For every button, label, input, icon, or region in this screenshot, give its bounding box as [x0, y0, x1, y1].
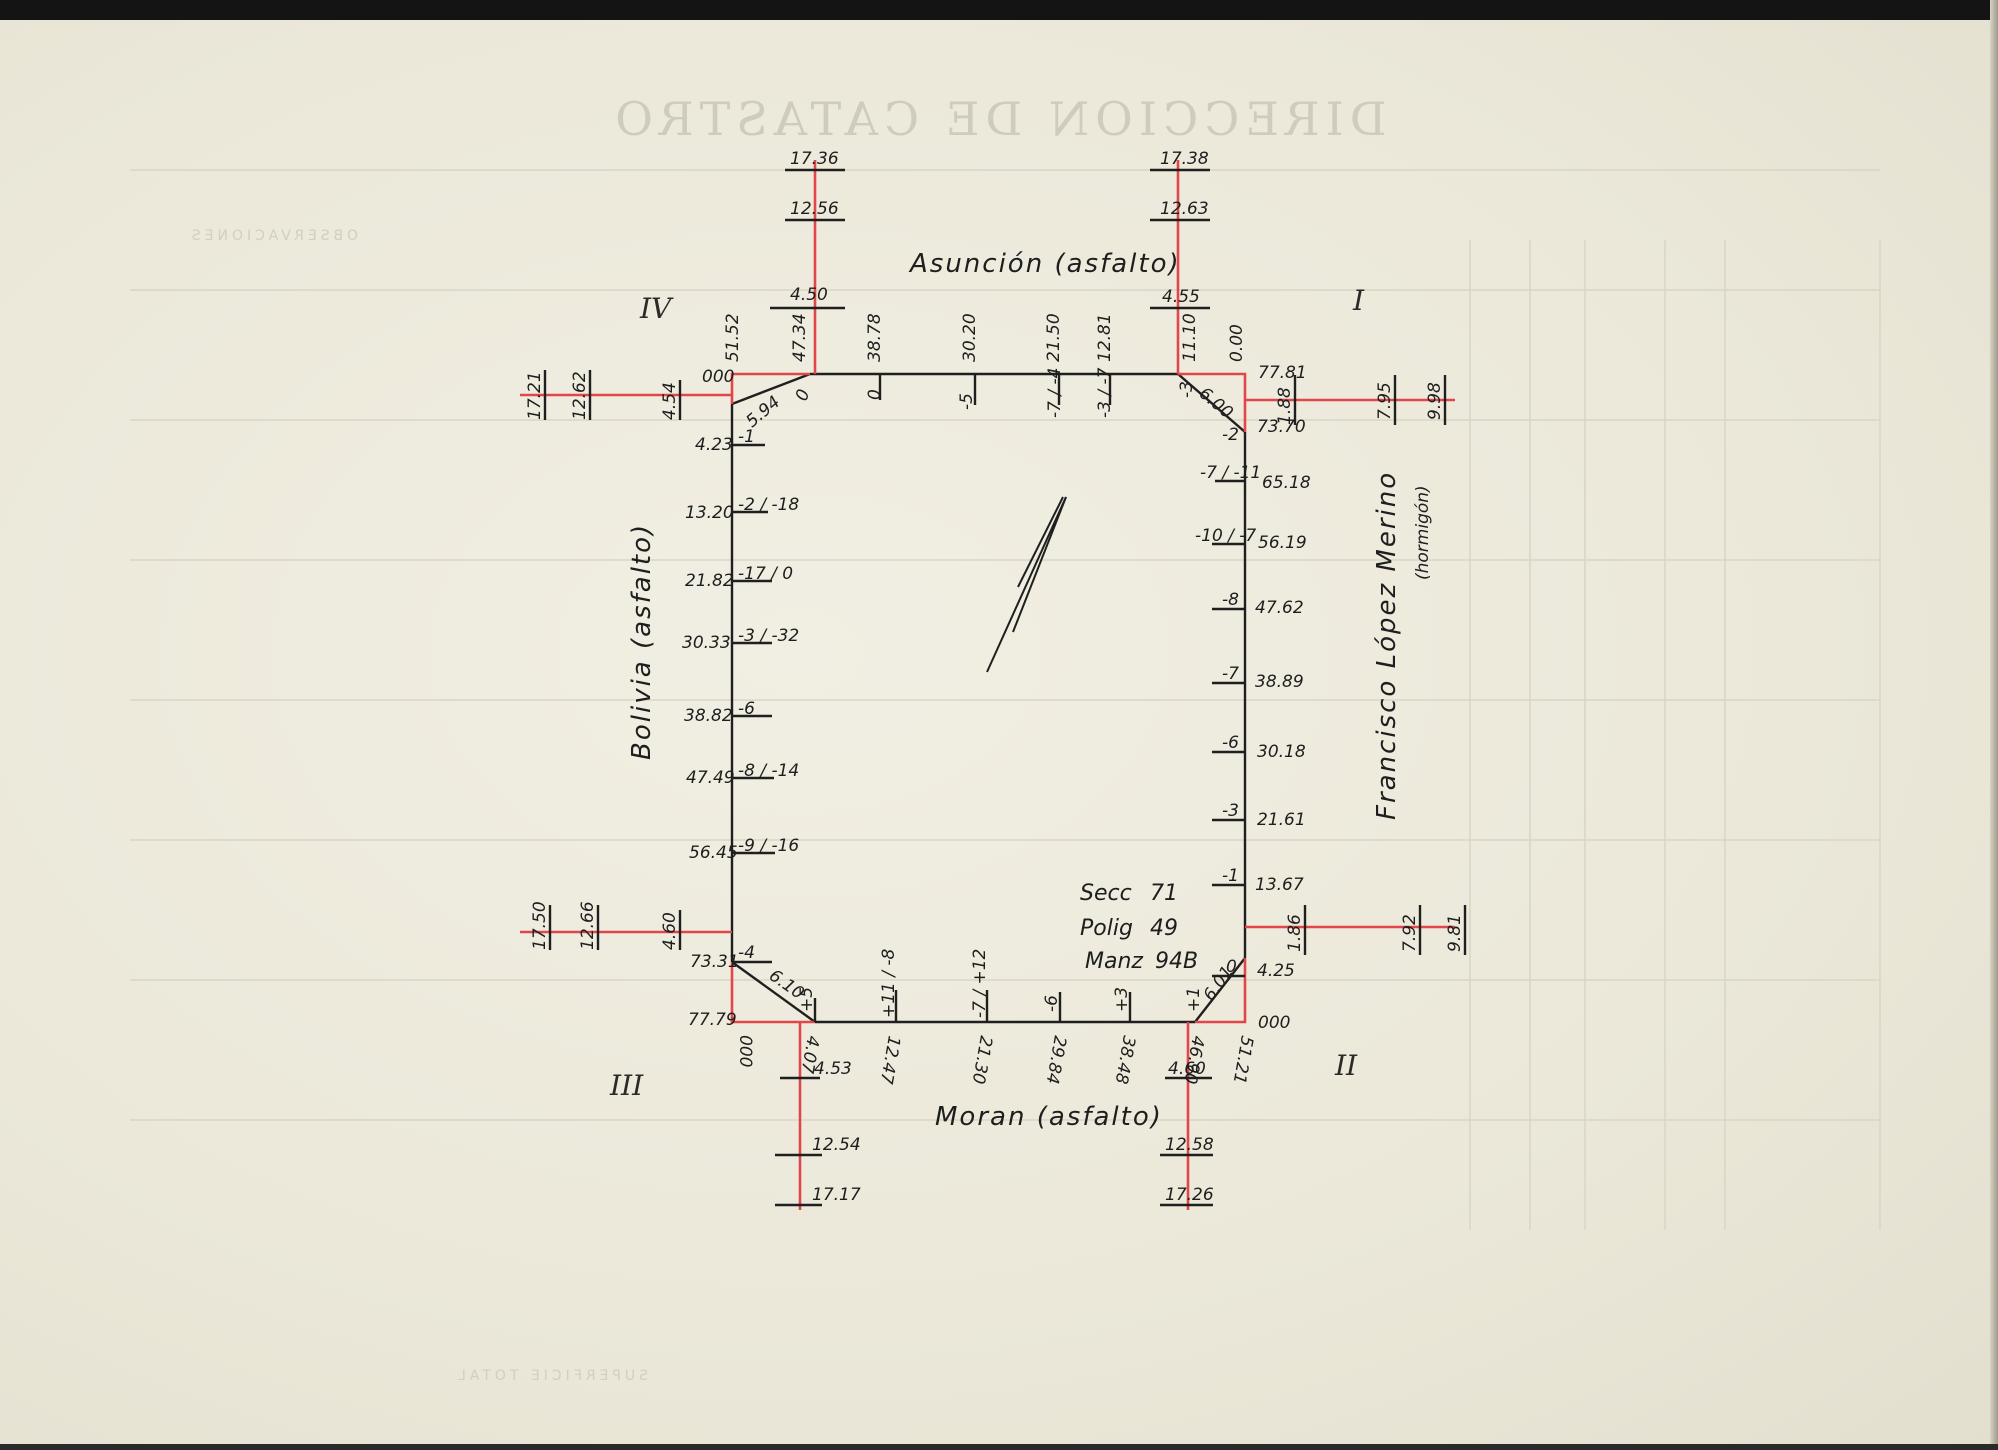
offset-label: 12.66 — [578, 901, 598, 950]
offset-label: 1.86 — [1285, 914, 1305, 952]
top-tick-level: -7 / -4 — [1045, 368, 1065, 418]
right-tick-level: -6 — [1222, 733, 1239, 753]
offset-label: 12.54 — [812, 1135, 861, 1155]
left-tick-level: -4 — [738, 943, 755, 963]
bottom-tick-dist: 38.48 — [1111, 1034, 1139, 1086]
top-tick-dist: 11.10 — [1180, 313, 1200, 362]
bottom-tick-level: -6 — [1042, 995, 1062, 1012]
top-tick-dist: 21.50 — [1044, 313, 1064, 362]
offset-label: 4.54 — [660, 382, 680, 420]
top-tick-dist: 12.81 — [1095, 313, 1115, 362]
offset-crossbars — [545, 170, 1465, 1205]
offset-label: 17.26 — [1165, 1185, 1214, 1205]
top-tick-level: -5 — [957, 393, 977, 410]
top-tick-level: -3 — [1177, 381, 1197, 398]
offset-label: 7.92 — [1400, 914, 1420, 952]
right-tick-level: -7 / -11 — [1200, 463, 1261, 483]
form-grid — [130, 170, 1880, 1230]
left-tick-dist: 30.33 — [682, 633, 731, 653]
street-right-name: Francisco López Merino — [1372, 471, 1402, 820]
left-tick-level: -17 / 0 — [738, 564, 793, 584]
polig-value: 49 — [1150, 916, 1178, 941]
top-corner-right-zero: 0.00 — [1227, 324, 1247, 362]
top-tick-level: 0 — [865, 389, 885, 400]
bottom-tick-level: +11 / -8 — [879, 948, 899, 1018]
bottom-tick-dist: 29.84 — [1042, 1034, 1070, 1085]
right-tick-dist: 30.18 — [1257, 742, 1306, 762]
bottom-corner-right-zero: 000 — [1258, 1013, 1290, 1033]
street-right-surface: (hormigón) — [1413, 485, 1433, 580]
offset-label: 12.62 — [570, 371, 590, 420]
top-tick-dist: 47.34 — [790, 313, 810, 362]
offset-label: 17.36 — [790, 149, 839, 169]
offset-label: 4.50 — [790, 285, 828, 305]
polig-label: Polig — [1080, 916, 1133, 941]
offset-label: 4.53 — [814, 1059, 852, 1079]
plan-drawing: DIRECCION DE CATASTRO OBSERVACIONES SUPE… — [0, 0, 1998, 1450]
left-tick-level: -2 / -18 — [738, 495, 799, 515]
left-tick-dist: 47.49 — [686, 768, 735, 788]
left-tick-level: -6 — [738, 699, 755, 719]
offset-label: 17.38 — [1160, 149, 1209, 169]
top-corner-left-zero: 000 — [702, 367, 734, 387]
offset-label: 17.17 — [812, 1185, 861, 1205]
secc-value: 71 — [1150, 881, 1178, 906]
top-tick-dist: 38.78 — [865, 313, 885, 362]
cadastral-sheet: DIRECCION DE CATASTRO OBSERVACIONES SUPE… — [0, 0, 1998, 1450]
left-tick-level: -9 / -16 — [738, 836, 799, 856]
offset-label: 4.55 — [1162, 287, 1200, 307]
top-tick-level: -3 / -7 — [1095, 367, 1115, 418]
top-side-labels: 51.52 000 47.34 38.78 30.20 21.50 12.81 … — [702, 313, 1247, 432]
offset-label: 1.88 — [1275, 387, 1295, 425]
top-chamfer-right: 6.00 — [1195, 384, 1237, 424]
left-tick-dist: 21.82 — [685, 571, 734, 591]
left-tick-level: -8 / -14 — [738, 761, 799, 781]
quadrant-IV: IV — [639, 292, 674, 325]
quadrant-II: II — [1334, 1049, 1358, 1082]
left-tick-dist: 73.31 — [690, 952, 739, 972]
manz-value: 94B — [1155, 949, 1198, 974]
offset-label: 17.50 — [530, 901, 550, 950]
quadrant-III: III — [609, 1069, 644, 1102]
offset-label: 12.63 — [1160, 199, 1209, 219]
left-tick-dist: 77.79 — [688, 1010, 737, 1030]
bottom-tick-level: +3 — [1112, 987, 1132, 1012]
secc-label: Secc — [1080, 881, 1132, 906]
left-tick-dist: 38.82 — [684, 706, 733, 726]
right-tick-dist: 65.18 — [1262, 473, 1311, 493]
street-top-asuncion: Asunción (asfalto) — [908, 249, 1181, 279]
left-tick-dist: 4.23 — [695, 435, 733, 455]
right-tick-level: -7 — [1222, 664, 1239, 684]
offset-label: 12.58 — [1165, 1135, 1214, 1155]
right-tick-level: -1 — [1222, 866, 1239, 886]
right-tick-dist: 4.25 — [1257, 961, 1295, 981]
offset-label: 17.21 — [525, 371, 545, 420]
right-tick-level: -3 — [1222, 801, 1239, 821]
offset-label: 9.81 — [1445, 914, 1465, 952]
north-arrow-icon — [987, 497, 1066, 672]
right-tick-level: -8 — [1222, 590, 1239, 610]
right-tick-level: -10 / -7 — [1195, 526, 1256, 546]
left-tick-level: -1 — [738, 427, 755, 447]
left-side-labels: 4.23 13.20 21.82 30.33 38.82 47.49 56.45… — [682, 427, 808, 1030]
bottom-tick-level: -7 / +12 — [970, 949, 990, 1018]
bottom-tick-dist: 21.30 — [968, 1034, 996, 1085]
offset-label: 4.60 — [1168, 1059, 1206, 1079]
offset-label: 12.56 — [790, 199, 839, 219]
left-tick-dist: 13.20 — [685, 503, 734, 523]
right-tick-dist: 38.89 — [1255, 672, 1304, 692]
top-tick-level: 0 — [792, 387, 814, 404]
offset-label: 4.60 — [660, 912, 680, 950]
offset-label: 9.98 — [1425, 382, 1445, 420]
ghost-observaciones: OBSERVACIONES — [188, 228, 358, 244]
right-tick-level: 0 — [1226, 957, 1237, 977]
left-tick-level: -3 / -32 — [738, 626, 799, 646]
bottom-corner-left-zero: 000 — [735, 1035, 755, 1067]
manz-label: Manz — [1085, 949, 1143, 974]
street-left-bolivia: Bolivia (asfalto) — [627, 523, 657, 760]
left-tick-dist: 56.45 — [689, 843, 738, 863]
ghost-header: DIRECCION DE CATASTRO — [609, 92, 1386, 146]
bottom-tick-level: +5 — [797, 987, 817, 1012]
right-tick-dist: 47.62 — [1255, 598, 1304, 618]
right-tick-level: -2 — [1222, 425, 1239, 445]
right-tick-dist: 21.61 — [1257, 810, 1306, 830]
ghost-superficie: SUPERFICIE TOTAL — [454, 1368, 648, 1384]
top-corner-left-dist: 51.52 — [723, 313, 743, 362]
right-tick-dist: 77.81 — [1258, 363, 1307, 383]
street-bottom-moran: Moran (asfalto) — [935, 1102, 1163, 1132]
right-tick-dist: 13.67 — [1255, 875, 1304, 895]
right-tick-dist: 56.19 — [1258, 533, 1307, 553]
quadrant-I: I — [1352, 284, 1365, 317]
top-tick-dist: 30.20 — [960, 313, 980, 362]
offset-label: 7.95 — [1375, 382, 1395, 420]
block-info: Secc 71 Polig 49 Manz 94B — [1080, 881, 1198, 974]
bottom-tick-dist: 51.21 — [1229, 1034, 1257, 1085]
bottom-tick-dist: 12.47 — [876, 1034, 904, 1086]
right-side-labels: 77.81 73.70 65.18 56.19 47.62 38.89 30.1… — [1195, 363, 1311, 981]
